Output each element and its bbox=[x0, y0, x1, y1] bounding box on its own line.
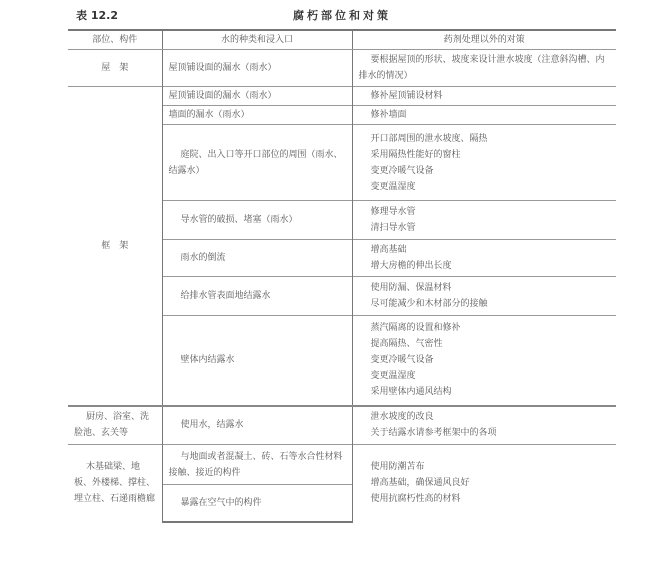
header-water-source: 水的种类和浸入口 bbox=[162, 30, 352, 50]
source-cell: 暴露在空气中的构件 bbox=[162, 485, 352, 522]
measure-text: 变更冷暖气设备 bbox=[359, 163, 611, 179]
measure-text: 使用防漏、保温材料 bbox=[359, 280, 611, 296]
table-row: 框 架 屋顶铺设面的漏水（雨水） 修补屋顶铺设材料 bbox=[68, 87, 616, 106]
measures-cell: 使用防漏、保温材料 尽可能减少和木材部分的接触 bbox=[352, 277, 616, 316]
source-cell: 屋顶铺设面的漏水（雨水） bbox=[162, 50, 352, 87]
measure-text: 尽可能减少和木材部分的接触 bbox=[359, 296, 611, 312]
source-cell: 屋顶铺设面的漏水（雨水） bbox=[162, 87, 352, 106]
header-countermeasures: 药剂处理以外的对策 bbox=[352, 30, 616, 50]
measures-cell: 使用防潮苫布 增高基础，确保通风良好 使用抗腐朽性高的材料 bbox=[352, 445, 616, 522]
measure-text: 修补屋顶铺设材料 bbox=[359, 88, 611, 104]
source-cell: 庭院、出入口等开口部位的周围（雨水、结露水） bbox=[162, 125, 352, 201]
source-text: 壁体内结露水 bbox=[169, 352, 346, 368]
measures-cell: 修补墙面 bbox=[352, 106, 616, 125]
measure-text: 增高基础 bbox=[359, 242, 611, 258]
source-cell: 给排水管表面地结露水 bbox=[162, 277, 352, 316]
source-cell: 使用水，结露水 bbox=[162, 406, 352, 445]
part-label: 屋 架 bbox=[74, 60, 156, 76]
source-text: 导水管的破损、堵塞（雨水） bbox=[169, 212, 346, 228]
part-cell: 厨房、浴室、洗脸池、玄关等 bbox=[68, 406, 162, 445]
part-label: 木基础梁、地板、外楼梯、撑柱、埋立柱、石递雨檐廊 bbox=[74, 462, 155, 504]
measures-cell: 蒸汽隔离的设置和修补 提高隔热、气密性 变更冷暖气设备 变更温湿度 采用壁体内通… bbox=[352, 316, 616, 406]
part-cell: 框 架 bbox=[68, 87, 162, 406]
table-row: 木基础梁、地板、外楼梯、撑柱、埋立柱、石递雨檐廊 与地面或者混凝土、砖、石等水合… bbox=[68, 445, 616, 485]
measures-cell: 要根据屋顶的形状、坡度来设计泄水坡度（注意斜沟槽、内排水的情况） bbox=[352, 50, 616, 87]
measure-text: 提高隔热、气密性 bbox=[359, 336, 611, 352]
measures-cell: 修理导水管 清扫导水管 bbox=[352, 201, 616, 240]
source-text: 使用水，结露水 bbox=[169, 417, 346, 433]
source-text: 墙面的漏水（雨水） bbox=[169, 107, 346, 123]
decay-countermeasures-table: 部位、构件 水的种类和浸入口 药剂处理以外的对策 屋 架 屋顶铺设面的漏水（雨水… bbox=[68, 29, 616, 523]
measure-text: 蒸汽隔离的设置和修补 bbox=[359, 320, 611, 336]
part-cell: 屋 架 bbox=[68, 50, 162, 87]
measure-text: 变更温湿度 bbox=[359, 179, 611, 195]
measure-text: 修理导水管 bbox=[359, 204, 611, 220]
source-text: 屋顶铺设面的漏水（雨水） bbox=[169, 60, 346, 76]
part-cell: 木基础梁、地板、外楼梯、撑柱、埋立柱、石递雨檐廊 bbox=[68, 445, 162, 522]
measures-cell: 修补屋顶铺设材料 bbox=[352, 87, 616, 106]
measure-text: 变更冷暖气设备 bbox=[359, 352, 611, 368]
measure-text: 使用抗腐朽性高的材料 bbox=[359, 491, 611, 507]
table-row: 厨房、浴室、洗脸池、玄关等 使用水，结露水 泄水坡度的改良 关于结露水请参考框架… bbox=[68, 406, 616, 445]
measure-text: 使用防潮苫布 bbox=[359, 459, 611, 475]
measure-text: 采用壁体内通风结构 bbox=[359, 384, 611, 400]
measure-text: 变更温湿度 bbox=[359, 368, 611, 384]
table-caption: 表 12.2 腐朽部位和对策 bbox=[68, 6, 616, 24]
measure-text: 增大房檐的伸出长度 bbox=[359, 258, 611, 274]
source-text: 与地面或者混凝土、砖、石等水合性材料接触、接近的构件 bbox=[169, 452, 343, 478]
source-cell: 与地面或者混凝土、砖、石等水合性材料接触、接近的构件 bbox=[162, 445, 352, 485]
measure-text: 要根据屋顶的形状、坡度来设计泄水坡度（注意斜沟槽、内排水的情况） bbox=[359, 55, 605, 81]
measure-text: 采用隔热性能好的窗柱 bbox=[359, 147, 611, 163]
source-text: 雨水的倒流 bbox=[169, 250, 346, 266]
part-label: 厨房、浴室、洗脸池、玄关等 bbox=[74, 412, 149, 438]
measures-cell: 开口部周围的泄水坡度、隔热 采用隔热性能好的窗柱 变更冷暖气设备 变更温湿度 bbox=[352, 125, 616, 201]
table-row: 屋 架 屋顶铺设面的漏水（雨水） 要根据屋顶的形状、坡度来设计泄水坡度（注意斜沟… bbox=[68, 50, 616, 87]
source-text: 屋顶铺设面的漏水（雨水） bbox=[169, 88, 346, 104]
part-label: 框 架 bbox=[101, 241, 128, 251]
source-text: 暴露在空气中的构件 bbox=[169, 495, 346, 511]
source-cell: 壁体内结露水 bbox=[162, 316, 352, 406]
header-row: 部位、构件 水的种类和浸入口 药剂处理以外的对策 bbox=[68, 30, 616, 50]
measure-text: 修补墙面 bbox=[359, 107, 611, 123]
table-title: 腐朽部位和对策 bbox=[68, 7, 616, 23]
source-cell: 导水管的破损、堵塞（雨水） bbox=[162, 201, 352, 240]
source-cell: 雨水的倒流 bbox=[162, 240, 352, 277]
measure-text: 清扫导水管 bbox=[359, 220, 611, 236]
source-text: 庭院、出入口等开口部位的周围（雨水、结露水） bbox=[169, 150, 343, 176]
measure-text: 开口部周围的泄水坡度、隔热 bbox=[359, 131, 611, 147]
measure-text: 增高基础，确保通风良好 bbox=[359, 475, 611, 491]
measures-cell: 泄水坡度的改良 关于结露水请参考框架中的各项 bbox=[352, 406, 616, 445]
measures-cell: 增高基础 增大房檐的伸出长度 bbox=[352, 240, 616, 277]
source-text: 给排水管表面地结露水 bbox=[169, 288, 346, 304]
measure-text: 关于结露水请参考框架中的各项 bbox=[359, 425, 611, 441]
measure-text: 泄水坡度的改良 bbox=[359, 409, 611, 425]
source-cell: 墙面的漏水（雨水） bbox=[162, 106, 352, 125]
header-part: 部位、构件 bbox=[68, 30, 162, 50]
